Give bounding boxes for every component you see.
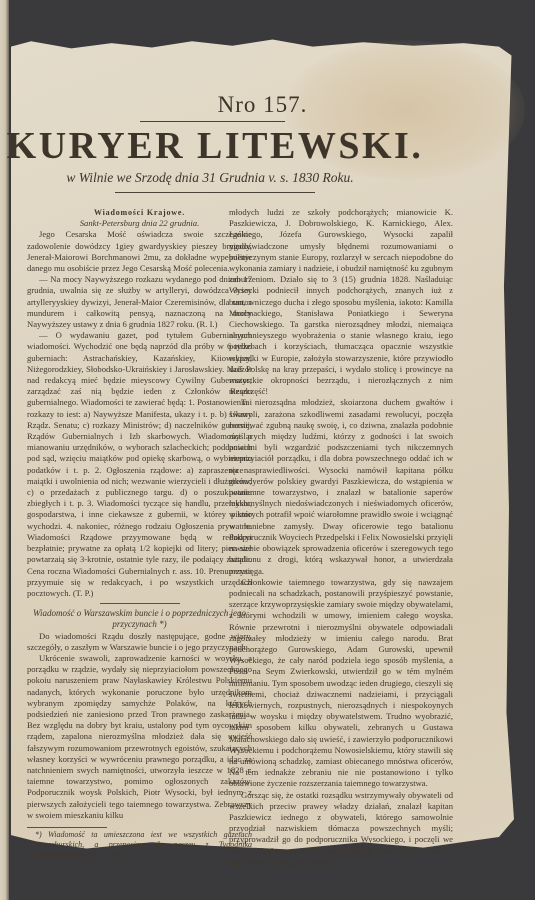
footnote-divider (27, 827, 107, 828)
paragraph: Jego Cesarska Mość oświadcza swoie szcze… (27, 229, 252, 274)
paragraph: — Na mocy Naywyższego rozkazu wydanego p… (27, 274, 252, 330)
paragraph: młodych ludzi ze szkoły podchorążych; mi… (229, 207, 453, 397)
paragraph: — O wydawaniu gazet, pod tytułem Guberni… (27, 330, 252, 599)
masthead-dateline: w Wilnie we Srzodę dnia 31 Grudnia v. s.… (0, 170, 420, 186)
masthead-rule-top (140, 121, 285, 122)
left-column: Wiadomości Krajowe. Sankt-Petersburg dni… (27, 207, 252, 860)
newspaper-title: KURYER LITEWSKI. (0, 124, 430, 168)
article-title: Wiadomość o Warszawskim buncie i o poprz… (27, 608, 252, 630)
paragraph: Gorsząc się, że ostatki rozsądku wstrzym… (229, 790, 453, 868)
news-dateline: Sankt-Petersburg dnia 22 grudnia. (27, 218, 252, 229)
masthead-rule-bottom (115, 192, 315, 193)
footnote: *) Wiadomość ta umieszczona iest we wszy… (27, 830, 252, 860)
issue-number: Nro 157. (11, 92, 514, 118)
paragraph: Ta nierozsądna młodzież, skoiarzona duch… (229, 397, 453, 576)
paragraph: Do wiadomości Rządu doszły następujące, … (27, 631, 252, 653)
article-divider (100, 603, 180, 604)
paragraph: Ukrócenie swawoli, zaprowadzenie karnośc… (27, 653, 252, 821)
section-heading: Wiadomości Krajowe. (27, 207, 252, 218)
paragraph: Członkowie taiemnego towarzystwa, gdy si… (229, 577, 453, 790)
right-column: młodych ludzi ze szkoły podchorążych; mi… (229, 207, 453, 868)
